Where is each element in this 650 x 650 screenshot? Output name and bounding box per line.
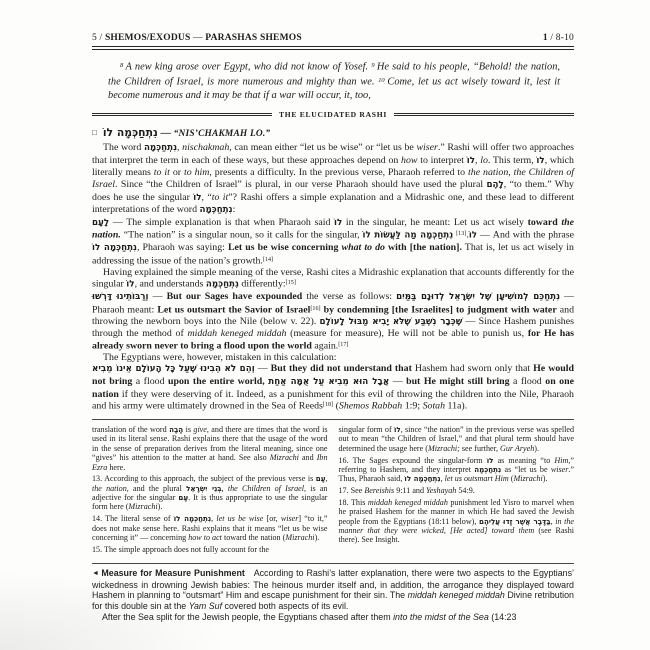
text-run: וְרַבּוֹתֵינוּ דָּרְשׁוּ: [92, 292, 149, 302]
text-run: [16]: [310, 306, 320, 312]
text-run: Mizrachi: [513, 474, 542, 483]
text-run: covered both aspects of its evil.: [222, 601, 348, 611]
text-run: — And with the phrase: [477, 230, 574, 241]
text-run: to it: [154, 167, 170, 178]
text-run: נִתְחַכְּמָה: [144, 143, 177, 153]
text-run: שֶׁכְּבָר נִשְׁבַּע שֶׁלֹּא יָבִיא מַבּו…: [319, 317, 462, 327]
text-run: לוֹ: [193, 193, 201, 203]
text-run: , and the plural: [127, 484, 186, 493]
text-run: again.: [312, 340, 338, 351]
text-run: the nation: [92, 484, 127, 493]
text-run: עָם: [178, 493, 188, 502]
text-run: “NIS’CHAKMAH LO.”: [174, 129, 271, 139]
text-run: But our Sages have expounded: [167, 291, 303, 302]
text-run: , Pharaoh was saying:: [137, 242, 228, 253]
footnotes-right-column: singular form of לוֹ, since “the nation”…: [339, 425, 575, 556]
text-run: let us be wise: [216, 514, 263, 523]
text-run: to interpret: [418, 155, 467, 166]
text-run: see further,: [460, 444, 500, 453]
text-run: Sotah: [423, 401, 446, 412]
divider-line-right: [394, 113, 574, 116]
text-run: Mizrachi: [128, 502, 157, 511]
text-run: נִתְחַכְּמָה לוֹ: [404, 474, 440, 483]
text-run: ).: [534, 444, 539, 453]
text-run: 1:9;: [402, 401, 422, 412]
text-run: how to act: [188, 533, 222, 542]
text-run: wiser: [551, 465, 569, 474]
text-run: 11a).: [445, 401, 467, 412]
footnote: 13. According to this approach, the subj…: [92, 474, 328, 511]
footnote: singular form of לוֹ, since “the nation”…: [339, 425, 575, 453]
text-run: Mizrachi;: [428, 444, 460, 453]
footnote: translation of the word הָבָה is give, a…: [92, 425, 328, 472]
commentary-paragraph: The Egyptians were, however, mistaken in…: [92, 352, 574, 364]
text-run: Shemos Rabbah: [339, 401, 402, 412]
text-run: a flood: [510, 376, 546, 387]
text-run: Mizrachi: [270, 453, 299, 462]
text-run: 10: [378, 77, 387, 84]
text-run: into the midst of the Sea: [393, 612, 489, 622]
insight-paragraph: After the Sea split for the Jewish peopl…: [92, 612, 574, 623]
text-run: give: [193, 425, 206, 434]
header-book-title: 5 / SHEMOS/EXODUS — PARASHAS SHEMOS: [92, 33, 302, 43]
commentary-paragraph: לָעָם — The simple explanation is that w…: [92, 217, 574, 267]
text-run: Yeshayah: [426, 486, 456, 495]
text-run: translation of the word: [92, 425, 169, 434]
text-run: ).: [158, 502, 163, 511]
text-run: ).: [315, 533, 320, 542]
text-run: by condemning [the Israelites] to judgme…: [321, 304, 557, 315]
text-run: to him: [184, 167, 209, 178]
text-run: 18. This: [339, 498, 368, 507]
text-run: 9:11 and: [394, 486, 426, 495]
text-run: as meaning “to: [493, 456, 554, 465]
page-header: 5 / SHEMOS/EXODUS — PARASHAS SHEMOS 1 / …: [92, 33, 574, 43]
text-run: Him: [554, 456, 568, 465]
text-run: Let us be wise concerning: [228, 242, 342, 253]
text-run: or: [170, 167, 184, 178]
footnote: 14. The literal sense of נִתְחַכְּמָה לו…: [92, 514, 328, 542]
text-run: PARASHAS SHEMOS: [205, 33, 302, 43]
text-run: Mizrachi: [285, 533, 314, 542]
footnotes-left-column: translation of the word הָבָה is give, a…: [92, 425, 328, 556]
text-run: let us outsmart Him: [445, 474, 509, 483]
text-run: נִתְחַכְּמָה: [200, 205, 233, 215]
text-run: —: [389, 376, 406, 387]
text-run: וְהֵם לֹא הֵבִינוּ שֶׁעַל כָּל הָעוֹלָם …: [92, 364, 255, 374]
text-run: נִתְחַכְּמָה מַה לַּעֲשׂוֹת לוֹ: [363, 231, 454, 241]
text-run: upon the entire world,: [168, 376, 265, 387]
divider-line-left: [92, 113, 272, 116]
text-run: After the Sea split for the Jewish peopl…: [102, 612, 393, 622]
commentary-paragraph: וְרַבּוֹתֵינוּ דָּרְשׁוּ — But our Sages…: [92, 291, 574, 352]
text-run: . This term,: [488, 155, 537, 166]
footnote: 17. See Bereishis 9:11 and Yeshayah 54:9…: [339, 486, 575, 495]
text-run: , and understands: [135, 279, 206, 290]
header-rule: [92, 46, 574, 50]
section-divider: THE ELUCIDATED RASHI: [92, 110, 574, 119]
text-run: But they did not understand that: [271, 363, 412, 374]
text-run: 5 /: [92, 33, 105, 43]
book-page-scan: 5 / SHEMOS/EXODUS — PARASHAS SHEMOS 1 / …: [0, 0, 650, 650]
text-run: אֲבָל הוּא מֵבִיא עַל אֻמָּה אַחַת: [268, 377, 389, 387]
text-run: wiser: [281, 514, 299, 523]
text-run: — The simple explanation is that when Ph…: [109, 217, 334, 228]
text-run: 54:9.: [456, 486, 474, 495]
text-run: Measure for Measure Punishment: [101, 568, 244, 578]
text-run: נִתְחַכְּמָה לוֹ: [174, 514, 211, 523]
text-run: (measure for measure), He will not be ab…: [286, 328, 527, 339]
text-run: [15]: [286, 280, 296, 286]
text-run: wiser: [416, 142, 437, 153]
text-run: —: [255, 363, 271, 374]
text-run: what to do: [342, 242, 385, 253]
text-run: Gur Aryeh: [500, 444, 534, 453]
text-run: middah keneged middah: [368, 498, 448, 507]
text-run: Let us outsmart the Savior of Israel: [157, 304, 310, 315]
text-run: Yam Suf: [189, 601, 222, 611]
text-run: לוֹ: [467, 156, 475, 166]
text-run: [13]: [456, 231, 466, 237]
text-run: , can mean either “let us be wise” or “l…: [229, 142, 416, 153]
text-run: 14. The literal sense of: [92, 514, 174, 523]
text-run: The word: [103, 142, 144, 153]
text-run: is: [183, 425, 193, 434]
text-run: but He might still bring: [406, 376, 509, 387]
text-run: middah keneged middah: [408, 590, 505, 600]
footnote: 16. The Sages expound the singular-form …: [339, 456, 575, 484]
insight-section: ◄ Measure for Measure Punishment Accordi…: [92, 568, 574, 624]
text-run: נִתְחַכְּמָה: [474, 465, 501, 474]
text-run: how: [401, 155, 417, 166]
text-run: to it: [212, 192, 229, 203]
text-run: [17]: [338, 342, 348, 348]
text-run: toward the nation (: [222, 533, 285, 542]
footnotes: translation of the word הָבָה is give, a…: [92, 425, 574, 556]
text-run: (14:23: [489, 612, 517, 622]
text-run: —: [158, 128, 174, 139]
text-run: לוֹ: [126, 280, 134, 290]
text-run: לוֹ: [394, 425, 401, 434]
section-title: THE ELUCIDATED RASHI: [279, 110, 387, 119]
text-run: . Since “the Children of Israel” is plur…: [115, 179, 486, 190]
text-run: in the singular, he meant: Let us act wi…: [342, 217, 527, 228]
insight-paragraph: ◄ Measure for Measure Punishment Accordi…: [92, 568, 574, 613]
text-run: בַּדָּבָר אֲשֶׁר זָדוּ עֲלֵיהֶם: [479, 517, 551, 526]
commentary-paragraph: Having explained the simple meaning of t…: [92, 267, 574, 292]
text-run: [14]: [263, 257, 273, 263]
text-run: / 8-10: [548, 33, 574, 43]
text-run: , presents a difficulty. In the previous…: [209, 167, 468, 178]
text-run: נִתְחַכְּמָה לוֹ: [103, 126, 158, 139]
commentary-paragraph: וְהֵם לֹא הֵבִינוּ שֶׁעַל כָּל הָעוֹלָם …: [92, 363, 574, 412]
text-run: , “: [202, 192, 212, 203]
text-run: —: [190, 33, 205, 43]
text-run: לוֹ: [536, 156, 544, 166]
text-run: The Egyptians were, however, mistaken in…: [103, 352, 337, 363]
text-run: [18]: [323, 402, 333, 408]
text-run: the verse as follows:: [302, 291, 396, 302]
text-run: לָעָם: [92, 218, 109, 228]
rashi-entry-heading: □ נִתְחַכְּמָה לוֹ — “NIS’CHAKMAH LO.”: [92, 126, 574, 139]
text-run: toward: [528, 217, 562, 228]
text-run: a flood: [132, 376, 168, 387]
text-run: ).: [543, 474, 548, 483]
text-run: singular form of: [339, 425, 394, 434]
text-run: lo: [480, 155, 488, 166]
commentary-paragraph: The word נִתְחַכְּמָה, nischakmah, can m…: [92, 142, 574, 216]
text-run: 13. According to this approach, the subj…: [92, 474, 316, 483]
footnote: 15. The simple approach does not fully a…: [92, 545, 328, 554]
text-run: בְּנֵי יִשְׂרָאֵל: [186, 484, 222, 493]
text-run: Hashem had sworn only that: [412, 363, 533, 374]
text-run: ◄: [92, 570, 101, 577]
text-run: [or,: [263, 514, 281, 523]
text-run: Bereishis: [364, 486, 394, 495]
text-run: the Children of Israel: [228, 484, 304, 493]
text-run: with [the nation].: [385, 242, 462, 253]
text-run: “The nation” is a singular noun, so it c…: [121, 230, 363, 241]
text-run: middah keneged middah: [187, 328, 286, 339]
text-run: נִתְחַכְּמָה: [206, 280, 239, 290]
text-run: נִתְחַכֵּם לְמוֹשִׁיעָן שֶׁל יִשְׂרָאֵל …: [396, 292, 560, 302]
text-run: A new king arose over Egypt, who did not…: [125, 62, 371, 73]
text-run: nischakmah: [182, 142, 229, 153]
text-run: differently:: [239, 279, 286, 290]
text-run: ,: [325, 474, 327, 483]
text-run: לוֹ: [469, 231, 477, 241]
text-run: as “let us be: [501, 465, 551, 474]
text-run: □: [92, 128, 103, 137]
text-run: here.: [107, 463, 125, 472]
text-run: נִתְחַכְּמָה לוֹ: [92, 243, 137, 253]
text-run: —: [149, 291, 167, 302]
text-run: :: [233, 204, 236, 215]
text-run: 16. The Sages expound the singular-form: [339, 456, 487, 465]
text-run: 17. See: [339, 486, 365, 495]
text-run: SHEMOS/EXODUS: [105, 33, 190, 43]
text-run: 15. The simple approach does not fully a…: [92, 545, 269, 554]
verse-translation: 8 A new king arose over Egypt, who did n…: [108, 59, 560, 102]
footnote: 18. This middah keneged middah punishmen…: [339, 498, 575, 545]
header-verse-ref: 1 / 8-10: [543, 33, 574, 43]
text-run: הָבָה: [169, 425, 183, 434]
text-run: and: [299, 453, 317, 462]
text-run: לָהֶם: [486, 180, 503, 190]
footnote-separator-rule: [92, 419, 574, 420]
insight-separator-rule: [92, 563, 574, 564]
